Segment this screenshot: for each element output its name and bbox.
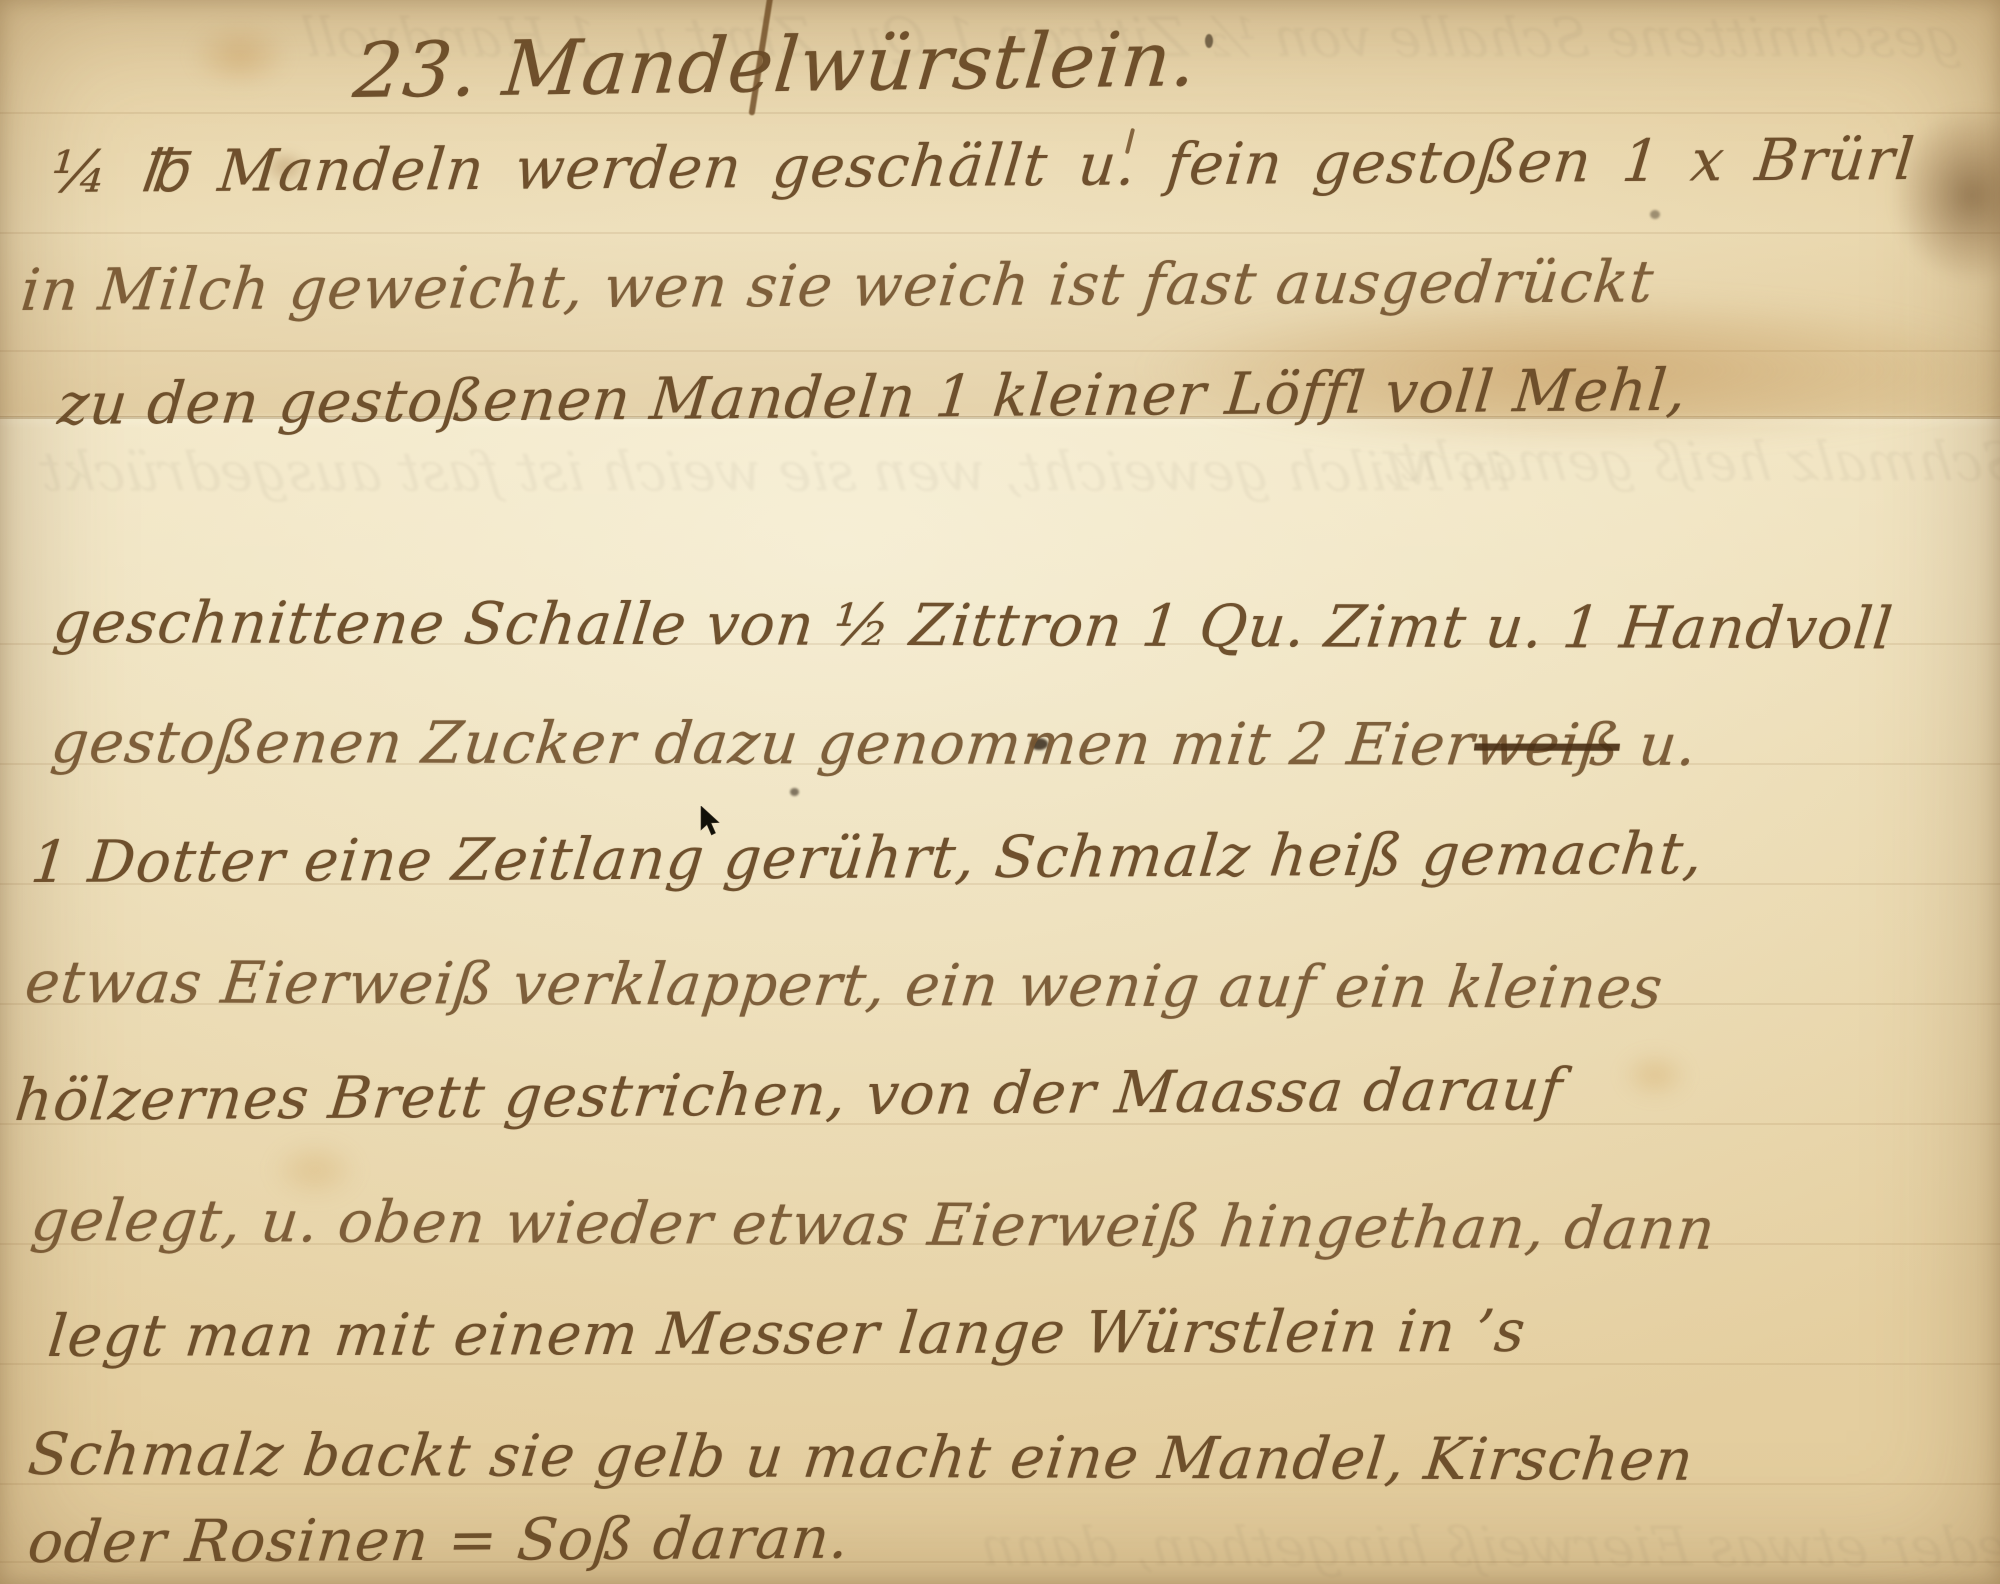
handwriting-line: gelegt, u. oben wieder etwas Eierweiß hi… [28, 1186, 1460, 1261]
handwriting-line: oder Rosinen = Soß daran. [25, 1504, 792, 1576]
handwriting-line: 1 Dotter eine Zeitlang gerührt, Schmalz … [28, 821, 1428, 896]
handwriting-line: etwas Eierweiß verklappert, ein wenig au… [22, 948, 1474, 1021]
ruled-line [0, 112, 2000, 114]
handwriting-line: gestoßenen Zucker dazu genommen mit 2 Ei… [48, 708, 1427, 778]
paper-stain [190, 22, 290, 88]
struck-word: weiß [1471, 710, 1624, 778]
recipe-heading: 23. Mandelwürstlein. [350, 17, 1039, 115]
handwriting-line: in Milch geweicht, wen sie weich ist fas… [18, 248, 1466, 324]
handwriting-line: Schmalz backt sie gelb u macht eine Mand… [25, 1420, 1472, 1493]
handwriting-line: legt man mit einem Messer lange Würstlei… [45, 1297, 1447, 1370]
bleed-through-writing: 1 Dotter eine Zeitlang gerührt, Schmalz … [1377, 430, 2000, 493]
handwriting-line: ¼ ℔ Mandeln werden geschällt u. fein ges… [48, 125, 1918, 206]
ruled-line [0, 350, 2000, 352]
bleed-through-writing: in Milch geweicht, wen sie weich ist fas… [37, 440, 1513, 503]
bleed-through-writing: gelegt, u. oben wieder etwas Eierweiß hi… [977, 1515, 2000, 1578]
manuscript-page: geschnittene Schalle von ½ Zittron 1 Qu.… [0, 0, 2000, 1584]
paper-stain [1620, 1050, 1690, 1100]
ruled-line [0, 232, 2000, 234]
ink-blot [790, 788, 799, 796]
ink-blot [1205, 34, 1213, 48]
line-text: u. [1636, 711, 1701, 779]
line-text: gestoßenen Zucker dazu genommen mit 2 Ei… [48, 708, 1478, 778]
ink-blot [1650, 210, 1660, 219]
handwriting-line: zu den gestoßenen Mandeln 1 kleiner Löff… [55, 357, 1563, 438]
handwriting-line: geschnittene Schalle von ½ Zittron 1 Qu.… [50, 588, 1547, 661]
handwriting-line: hölzernes Brett gestrichen, von der Maas… [12, 1056, 1440, 1134]
